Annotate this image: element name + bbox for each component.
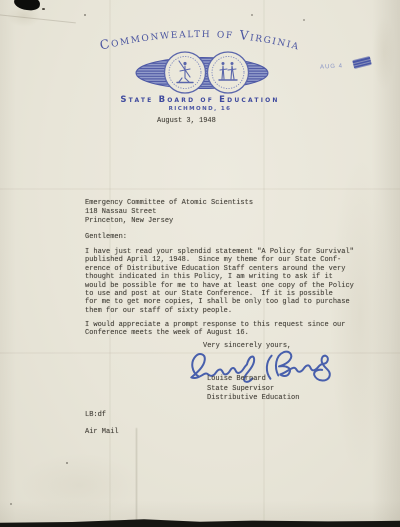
ink-blot: [13, 0, 41, 12]
scanned-letter-page: Commonwealth of Virginia: [0, 0, 400, 527]
scan-edge-shadow: [0, 517, 400, 527]
letterhead-location: RICHMOND, 16: [0, 106, 400, 112]
letter-date: August 3, 1948: [157, 117, 216, 125]
signer-title: State Supervisor: [207, 385, 274, 393]
letterhead-organization: State Board of Education: [0, 95, 400, 105]
body-line: erence of Distributive Education Staff c…: [85, 265, 345, 273]
body-line: for me to get more copies, I shall be on…: [85, 298, 350, 306]
recipient-line: Emergency Committee of Atomic Scientists: [85, 199, 253, 207]
mail-note: Air Mail: [85, 428, 119, 436]
recipient-line: 118 Nassau Street: [85, 208, 156, 216]
virginia-seal-icon: [124, 49, 280, 97]
paper-speck: [303, 19, 305, 21]
reference-initials: LB:df: [85, 411, 106, 419]
recipient-line: Princeton, New Jersey: [85, 217, 173, 225]
fold-crease: [0, 188, 400, 190]
paper-speck: [251, 14, 253, 16]
received-stamp-mark: [352, 56, 372, 69]
salutation: Gentlemen:: [85, 233, 127, 241]
body-line: thought indicated in this Policy, I am w…: [85, 273, 333, 281]
body-line: Conference meets the week of August 16.: [85, 329, 249, 337]
body-line: would be possible for me to have at leas…: [85, 282, 354, 290]
paper-speck: [66, 462, 68, 464]
fold-crease: [136, 428, 137, 523]
received-stamp-date: AUG 4: [320, 63, 343, 70]
typed-name: Louise Bernard: [207, 375, 266, 383]
paper-speck: [42, 8, 45, 10]
paper-speck: [10, 503, 12, 505]
body-line: published April 12, 1948. Since my theme…: [85, 256, 341, 264]
signer-department: Distributive Education: [207, 394, 299, 402]
paper-speck: [84, 14, 86, 16]
body-line: them for our staff of sixty people.: [85, 307, 232, 315]
